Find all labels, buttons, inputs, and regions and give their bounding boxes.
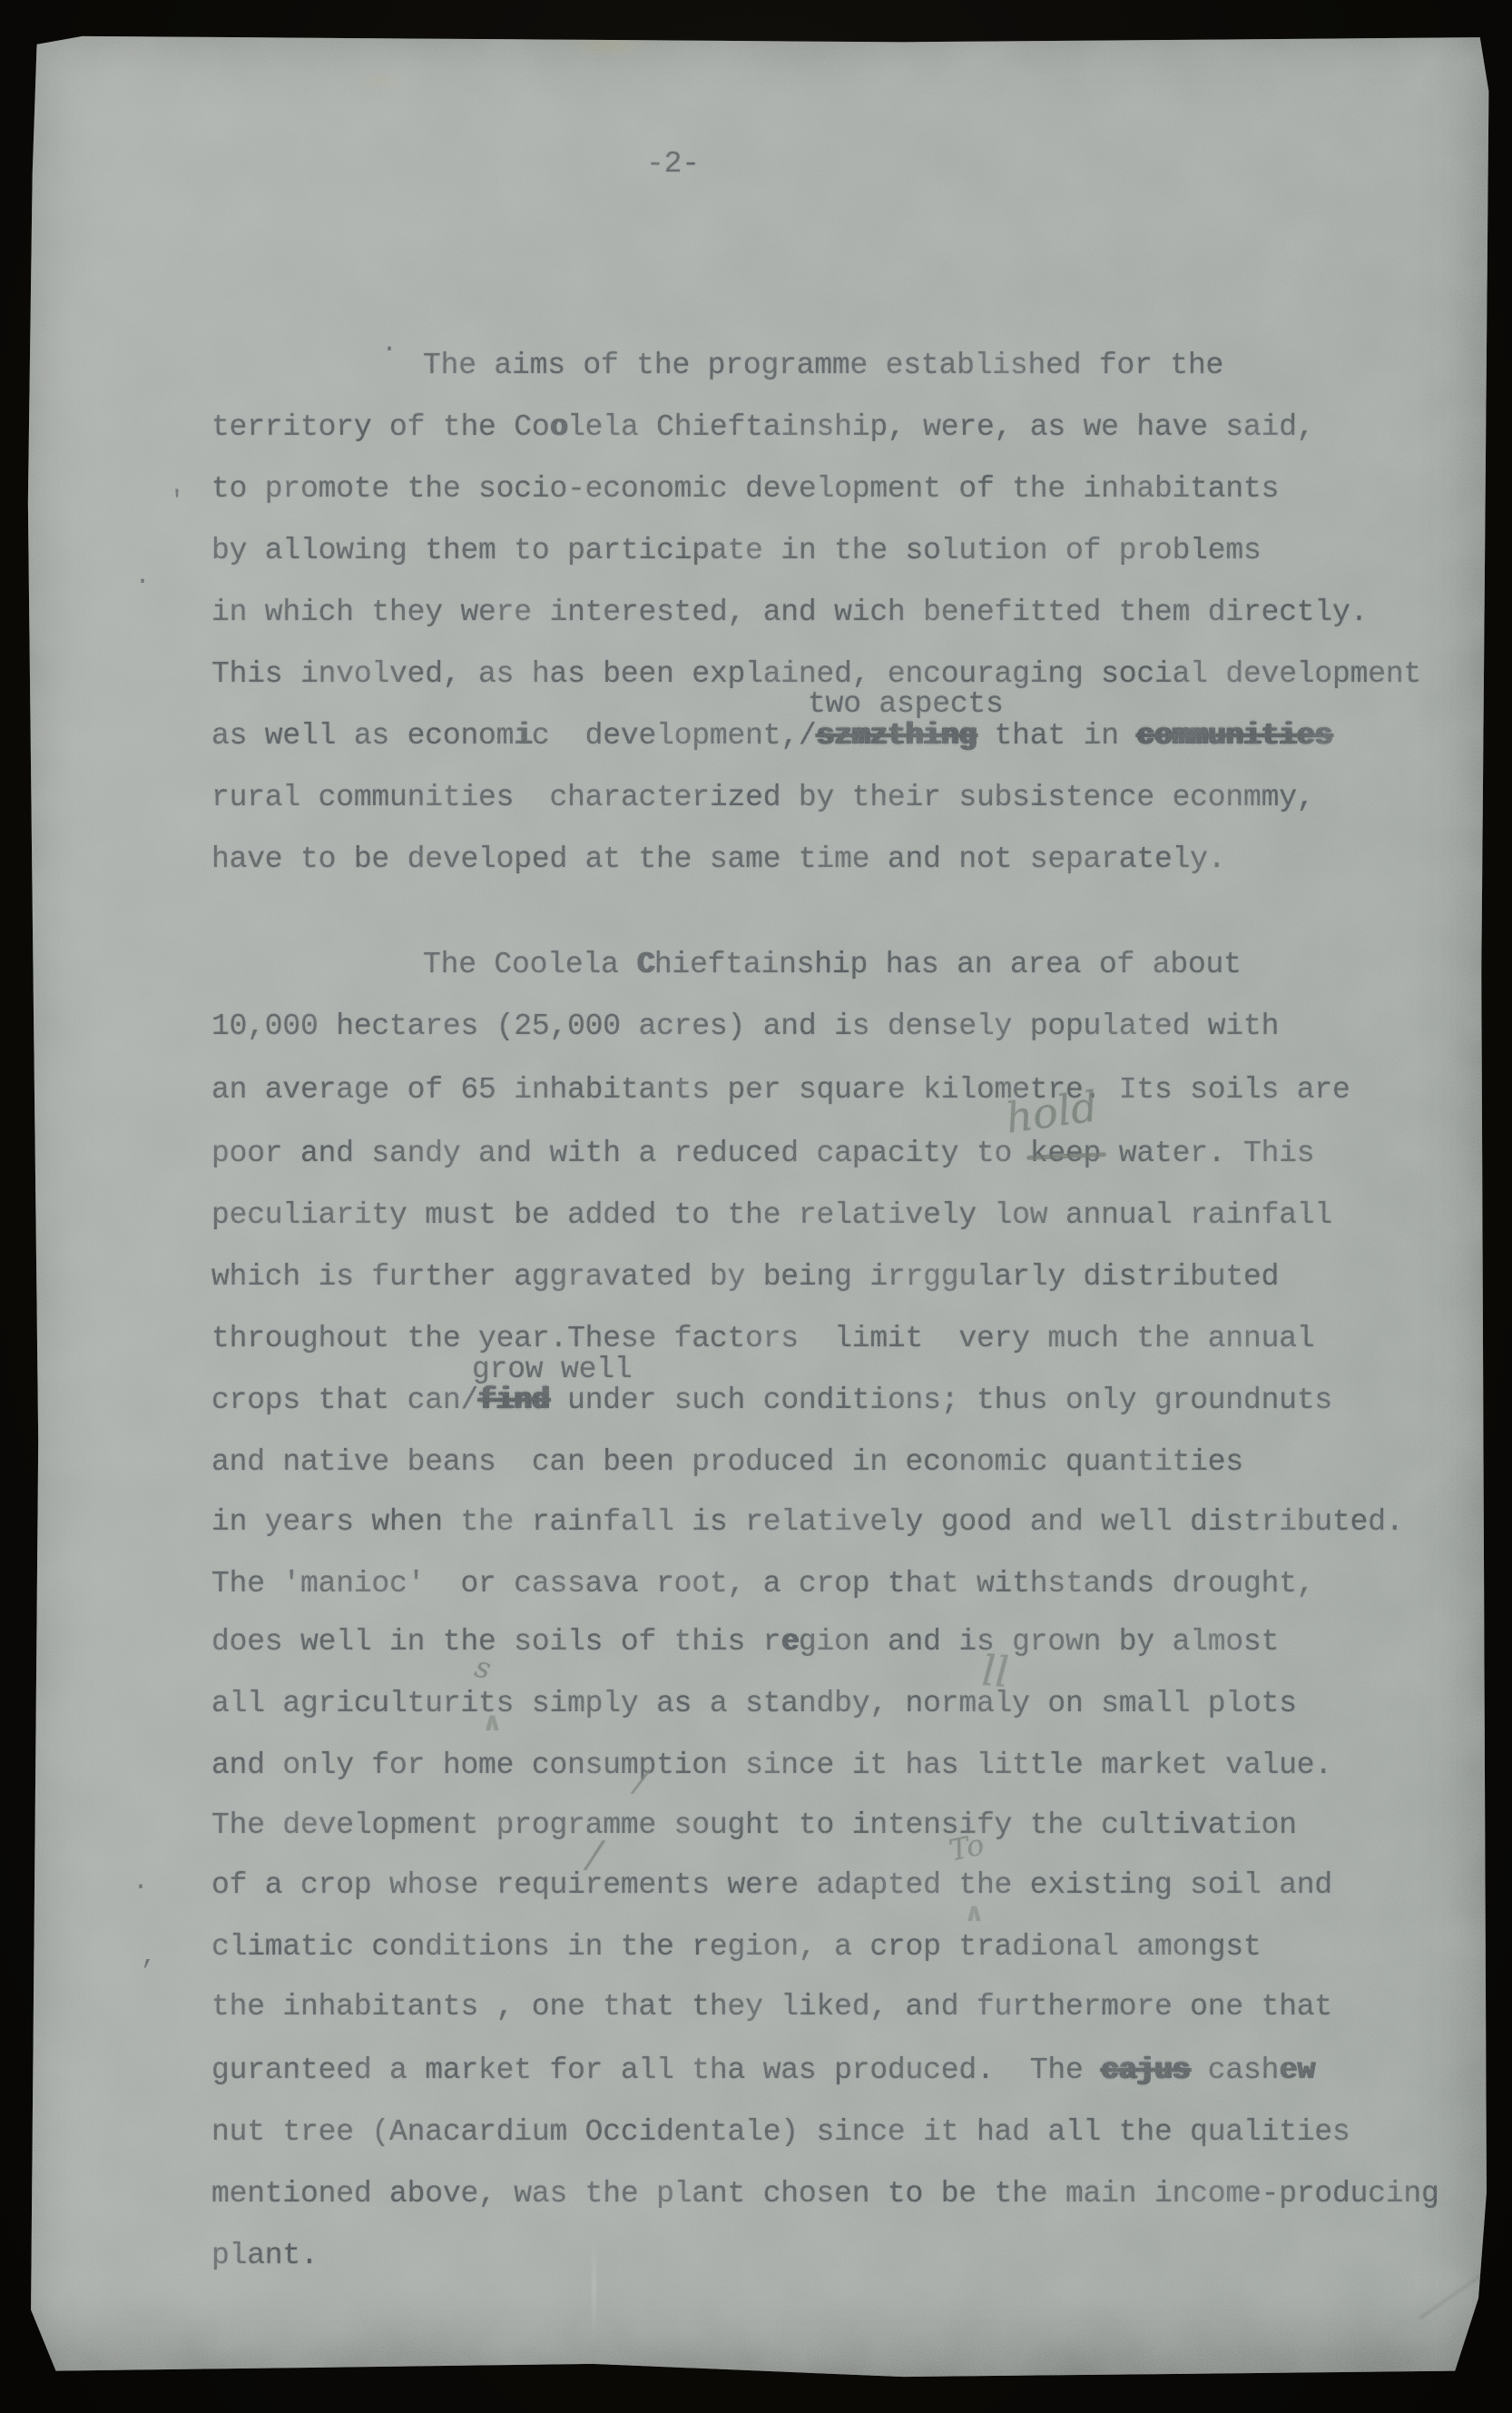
yellow-stain-small bbox=[359, 71, 405, 93]
fold-crease bbox=[592, 2230, 596, 2380]
paper-sheet bbox=[24, 33, 1490, 2380]
corner-crease bbox=[1419, 2270, 1487, 2320]
bottom-shadow bbox=[24, 2284, 1490, 2380]
photo-background: -2- The aims of the programme establishe… bbox=[0, 0, 1512, 2413]
yellow-stain bbox=[568, 24, 650, 60]
